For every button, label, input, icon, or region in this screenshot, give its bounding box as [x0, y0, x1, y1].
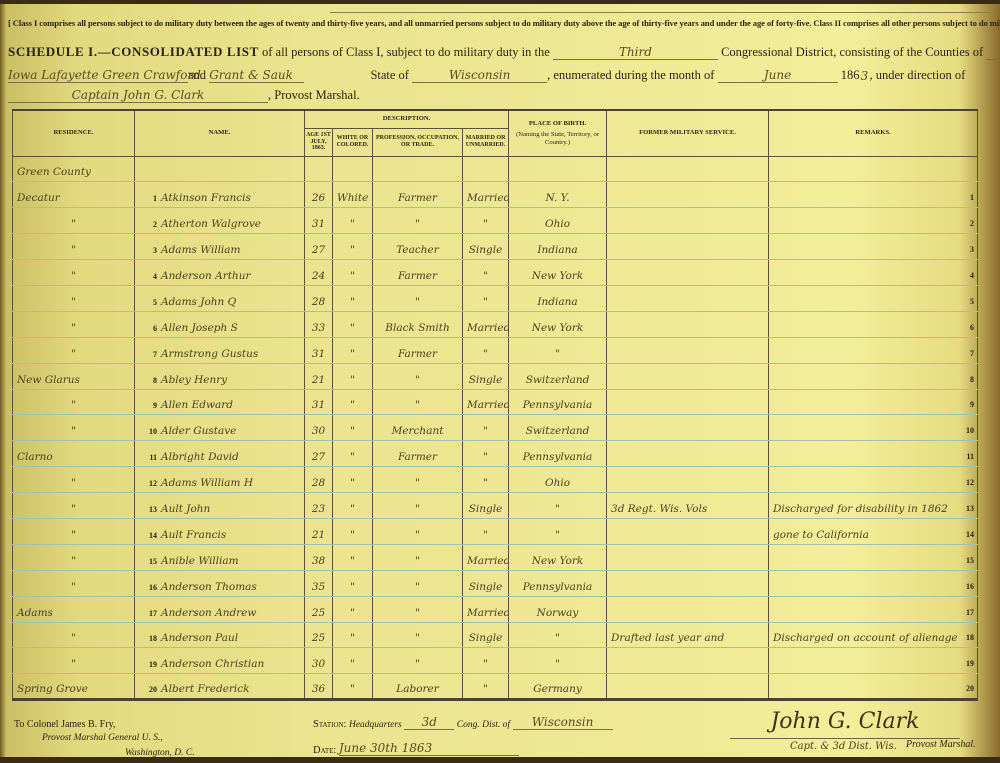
- schedule-header-line-1: SCHEDULE I.—CONSOLIDATED LIST of all per…: [8, 44, 1000, 60]
- military-service-cell: [607, 208, 769, 234]
- residence-cell: ": [13, 622, 135, 648]
- row-number: 1: [139, 194, 157, 203]
- birthplace-cell: Pennsylvania: [509, 389, 607, 415]
- age-cell: 25: [305, 596, 333, 622]
- birthplace-cell: Indiana: [509, 234, 607, 260]
- residence-cell: Adams: [13, 596, 135, 622]
- roster-table: Residence. Name. Description. Place of B…: [12, 109, 978, 701]
- date-field: June 30th 1863: [339, 741, 519, 756]
- residence-cell: Spring Grove: [13, 674, 135, 700]
- residence-cell: ": [13, 570, 135, 596]
- row-number: 7: [139, 350, 157, 359]
- color-cell: ": [333, 234, 373, 260]
- birthplace-cell: Pennsylvania: [509, 570, 607, 596]
- occupation-cell: ": [373, 363, 463, 389]
- table-row: Clarno11Albright David27"Farmer"Pennsylv…: [13, 441, 978, 467]
- residence-cell: ": [13, 285, 135, 311]
- occupation-cell: ": [373, 208, 463, 234]
- birthplace-cell: Switzerland: [509, 415, 607, 441]
- birthplace-cell: Norway: [509, 596, 607, 622]
- residence-cell: ": [13, 493, 135, 519]
- state-field: Wisconsin: [412, 68, 547, 83]
- remarks-text: gone to California: [773, 529, 869, 541]
- table-row: "14Ault Francis21""""gone to California1…: [13, 518, 978, 544]
- remarks-cell: 8: [769, 363, 978, 389]
- person-name: Anderson Andrew: [161, 607, 256, 619]
- signature-title: Capt. & 3d Dist. Wis.: [790, 741, 897, 752]
- name-cell: 3Adams William: [135, 234, 305, 260]
- document-page: [ Class I comprises all persons subject …: [0, 0, 1000, 763]
- birthplace-cell: Ohio: [509, 467, 607, 493]
- remarks-cell: 9: [769, 389, 978, 415]
- military-service-cell: [607, 260, 769, 286]
- person-name: Anderson Christian: [161, 658, 264, 670]
- color-cell: ": [333, 570, 373, 596]
- table-row: "13Ault John23""Single"3d Regt. Wis. Vol…: [13, 493, 978, 519]
- remarks-cell: 12: [769, 467, 978, 493]
- table-row: "7Armstrong Gustus31"Farmer""7: [13, 337, 978, 363]
- military-service-cell: [607, 389, 769, 415]
- line-number: 11: [966, 452, 974, 461]
- birthplace-cell: N. Y.: [509, 182, 607, 208]
- military-service-cell: 3d Regt. Wis. Vols: [607, 493, 769, 519]
- name-cell: 4Anderson Arthur: [135, 260, 305, 286]
- footer: To Colonel James B. Fry, Provost Marshal…: [0, 709, 1000, 761]
- table-row: "19Anderson Christian30""""19: [13, 648, 978, 674]
- occupation-cell: Farmer: [373, 337, 463, 363]
- remarks-cell: 1: [769, 182, 978, 208]
- person-name: Allen Edward: [161, 399, 233, 411]
- header-married: Married or Unmarried.: [463, 128, 509, 156]
- name-cell: 16Anderson Thomas: [135, 570, 305, 596]
- row-number: 6: [139, 324, 157, 333]
- header-remarks: Remarks.: [769, 110, 978, 156]
- name-cell: 2Atherton Walgrove: [135, 208, 305, 234]
- line-number: 4: [970, 271, 974, 280]
- age-cell: 31: [305, 389, 333, 415]
- birthplace-cell: ": [509, 648, 607, 674]
- table-row: "15Anible William38""MarriedNew York15: [13, 544, 978, 570]
- header-birthplace-note: (Naming the State, Territory, or Country…: [510, 131, 605, 146]
- military-service-cell: [607, 234, 769, 260]
- residence-cell: ": [13, 544, 135, 570]
- remarks-cell: 15: [769, 544, 978, 570]
- row-number: 13: [139, 505, 157, 514]
- name-cell: 18Anderson Paul: [135, 622, 305, 648]
- addressee-title: Provost Marshal General U. S.,: [42, 733, 163, 743]
- person-name: Abley Henry: [161, 374, 227, 386]
- occupation-cell: ": [373, 596, 463, 622]
- line-number: 12: [966, 478, 974, 487]
- color-cell: ": [333, 544, 373, 570]
- age-cell: 21: [305, 518, 333, 544]
- color-cell: ": [333, 518, 373, 544]
- class-definition-note: [ Class I comprises all persons subject …: [8, 18, 992, 28]
- line-number: 14: [966, 530, 974, 539]
- person-name: Atkinson Francis: [161, 192, 251, 204]
- marital-status-cell: Single: [463, 363, 509, 389]
- marital-status-cell: Married: [463, 596, 509, 622]
- date-label: Date:: [313, 745, 336, 756]
- remarks-cell: 19: [769, 648, 978, 674]
- marshal-name-field: Captain John G. Clark: [8, 88, 268, 103]
- marital-status-cell: ": [463, 674, 509, 700]
- military-service-cell: [607, 467, 769, 493]
- occupation-cell: Farmer: [373, 260, 463, 286]
- line-number: 17: [966, 608, 974, 617]
- occupation-cell: Merchant: [373, 415, 463, 441]
- military-service-cell: [607, 285, 769, 311]
- person-name: Allen Joseph S: [161, 322, 238, 334]
- row-number: 20: [139, 685, 157, 694]
- month-field: June: [718, 68, 838, 83]
- row-number: 18: [139, 634, 157, 643]
- residence-cell: ": [13, 260, 135, 286]
- birthplace-cell: New York: [509, 260, 607, 286]
- remarks-cell: 20: [769, 674, 978, 700]
- line-number: 7: [970, 349, 974, 358]
- table-row: Spring Grove20Albert Frederick36"Laborer…: [13, 674, 978, 700]
- age-cell: 31: [305, 337, 333, 363]
- residence-cell: ": [13, 648, 135, 674]
- occupation-cell: Teacher: [373, 234, 463, 260]
- marital-status-cell: Married: [463, 311, 509, 337]
- row-number: 3: [139, 246, 157, 255]
- military-service-cell: [607, 363, 769, 389]
- age-cell: 27: [305, 234, 333, 260]
- table-row: "9Allen Edward31""MarriedPennsylvania9: [13, 389, 978, 415]
- row-number: 8: [139, 376, 157, 385]
- occupation-cell: Black Smith: [373, 311, 463, 337]
- occupation-cell: ": [373, 622, 463, 648]
- color-cell: White: [333, 182, 373, 208]
- row-number: 4: [139, 272, 157, 281]
- marital-status-cell: ": [463, 260, 509, 286]
- header-profession: Profession, Occupation, or Trade.: [373, 128, 463, 156]
- line-number: 5: [970, 297, 974, 306]
- marital-status-cell: ": [463, 415, 509, 441]
- color-cell: ": [333, 260, 373, 286]
- person-name: Albright David: [161, 451, 239, 463]
- marital-status-cell: Single: [463, 570, 509, 596]
- residence-cell: Clarno: [13, 441, 135, 467]
- marshal-suffix: , Provost Marshal.: [268, 88, 360, 102]
- line-number: 10: [966, 426, 974, 435]
- birthplace-cell: Switzerland: [509, 363, 607, 389]
- military-service-cell: [607, 596, 769, 622]
- line-number: 13: [966, 504, 974, 513]
- color-cell: ": [333, 441, 373, 467]
- header-white-colored: White or Colored.: [333, 128, 373, 156]
- line-number: 9: [970, 400, 974, 409]
- line-number: 16: [966, 582, 974, 591]
- military-service-cell: [607, 570, 769, 596]
- military-service-cell: [607, 182, 769, 208]
- row-number: 2: [139, 220, 157, 229]
- line-number: 3: [970, 245, 974, 254]
- remarks-text: Discharged for disability in 1862: [773, 503, 948, 515]
- line-number: 2: [970, 219, 974, 228]
- military-service-cell: [607, 544, 769, 570]
- occupation-cell: ": [373, 467, 463, 493]
- name-cell: 7Armstrong Gustus: [135, 337, 305, 363]
- header-age: Age 1st July, 1863.: [305, 128, 333, 156]
- military-service-cell: [607, 337, 769, 363]
- marital-status-cell: Single: [463, 234, 509, 260]
- color-cell: ": [333, 467, 373, 493]
- occupation-cell: ": [373, 648, 463, 674]
- person-name: Anderson Thomas: [161, 581, 257, 593]
- line-number: 18: [966, 633, 974, 642]
- remarks-text: Discharged on account of alienage: [773, 632, 958, 644]
- line-number: 6: [970, 323, 974, 332]
- table-row: "16Anderson Thomas35""SinglePennsylvania…: [13, 570, 978, 596]
- marital-status-cell: ": [463, 648, 509, 674]
- addressee-location: Washington, D. C.: [125, 748, 195, 758]
- line-number: 8: [970, 375, 974, 384]
- name-cell: 12Adams William H: [135, 467, 305, 493]
- remarks-cell: 17: [769, 596, 978, 622]
- row-number: 16: [139, 583, 157, 592]
- person-name: Anderson Paul: [161, 632, 238, 644]
- age-cell: 21: [305, 363, 333, 389]
- header-name: Name.: [135, 110, 305, 156]
- age-cell: 28: [305, 285, 333, 311]
- color-cell: ": [333, 674, 373, 700]
- schedule-title: SCHEDULE I.—CONSOLIDATED LIST: [8, 44, 259, 59]
- occupation-cell: Laborer: [373, 674, 463, 700]
- color-cell: ": [333, 622, 373, 648]
- color-cell: ": [333, 415, 373, 441]
- color-cell: ": [333, 208, 373, 234]
- table-row: Adams17Anderson Andrew25""MarriedNorway1…: [13, 596, 978, 622]
- person-name: Ault John: [161, 503, 210, 515]
- color-cell: ": [333, 648, 373, 674]
- row-number: 17: [139, 609, 157, 618]
- military-service-cell: Drafted last year and: [607, 622, 769, 648]
- signature: John G. Clark: [730, 709, 960, 739]
- title-text-2: Congressional District, consisting of th…: [721, 45, 983, 59]
- age-cell: 30: [305, 415, 333, 441]
- age-cell: 28: [305, 467, 333, 493]
- color-cell: ": [333, 363, 373, 389]
- name-cell: 14Ault Francis: [135, 518, 305, 544]
- occupation-cell: ": [373, 493, 463, 519]
- occupation-cell: Farmer: [373, 441, 463, 467]
- color-cell: ": [333, 285, 373, 311]
- station-state-field: Wisconsin: [513, 715, 613, 730]
- remarks-cell: 5: [769, 285, 978, 311]
- name-cell: 15Anible William: [135, 544, 305, 570]
- age-cell: 27: [305, 441, 333, 467]
- remarks-cell: 2: [769, 208, 978, 234]
- remarks-cell: 10: [769, 415, 978, 441]
- color-cell: ": [333, 311, 373, 337]
- year-prefix: 186: [841, 68, 860, 82]
- person-name: Anible William: [161, 555, 239, 567]
- table-row: New Glarus8Abley Henry21""SingleSwitzerl…: [13, 363, 978, 389]
- birthplace-cell: ": [509, 518, 607, 544]
- year-suffix: 3: [859, 69, 869, 83]
- birthplace-cell: ": [509, 337, 607, 363]
- occupation-cell: ": [373, 389, 463, 415]
- line-number: 20: [966, 684, 974, 693]
- name-cell: 13Ault John: [135, 493, 305, 519]
- remarks-cell: 11: [769, 441, 978, 467]
- row-number: 11: [139, 453, 157, 462]
- person-name: Armstrong Gustus: [161, 348, 258, 360]
- remarks-cell: 16: [769, 570, 978, 596]
- marital-status-cell: ": [463, 441, 509, 467]
- occupation-cell: ": [373, 570, 463, 596]
- header-description: Description.: [305, 110, 509, 128]
- marital-status-cell: ": [463, 208, 509, 234]
- remarks-cell: gone to California14: [769, 518, 978, 544]
- row-number: 15: [139, 557, 157, 566]
- occupation-cell: ": [373, 544, 463, 570]
- residence-cell: Decatur: [13, 182, 135, 208]
- age-cell: 23: [305, 493, 333, 519]
- date-line: Date: June 30th 1863: [313, 741, 519, 756]
- title-text: of all persons of Class I, subject to do…: [262, 45, 550, 59]
- age-cell: 25: [305, 622, 333, 648]
- station-label: Station:: [313, 719, 346, 730]
- row-number: 19: [139, 660, 157, 669]
- addressee: To Colonel James B. Fry,: [14, 719, 115, 730]
- remarks-cell: 4: [769, 260, 978, 286]
- table-row: "10Alder Gustave30"Merchant"Switzerland1…: [13, 415, 978, 441]
- table-row: Decatur1Atkinson Francis26WhiteFarmerMar…: [13, 182, 978, 208]
- station-line: Station: Headquarters 3d Cong. Dist. of …: [313, 715, 613, 730]
- cong-dist-label: Cong. Dist. of: [457, 720, 510, 730]
- military-service-cell: [607, 674, 769, 700]
- row-number: 14: [139, 531, 157, 540]
- table-row: "4Anderson Arthur24"Farmer"New York4: [13, 260, 978, 286]
- name-cell: 17Anderson Andrew: [135, 596, 305, 622]
- age-cell: 33: [305, 311, 333, 337]
- marital-status-cell: Single: [463, 622, 509, 648]
- person-name: Anderson Arthur: [161, 270, 250, 282]
- occupation-cell: Farmer: [373, 182, 463, 208]
- residence-cell: ": [13, 389, 135, 415]
- birthplace-cell: New York: [509, 544, 607, 570]
- marital-status-cell: Single: [463, 493, 509, 519]
- line-number: 15: [966, 556, 974, 565]
- color-cell: ": [333, 493, 373, 519]
- remarks-cell: Discharged for disability in 186213: [769, 493, 978, 519]
- military-service-cell: [607, 441, 769, 467]
- color-cell: ": [333, 389, 373, 415]
- military-service-cell: [607, 518, 769, 544]
- district-number-field: 3d: [404, 715, 454, 730]
- age-cell: 31: [305, 208, 333, 234]
- residence-cell: ": [13, 234, 135, 260]
- row-number: 9: [139, 401, 157, 410]
- residence-cell: New Glarus: [13, 363, 135, 389]
- person-name: Adams John Q: [161, 296, 236, 308]
- age-cell: 38: [305, 544, 333, 570]
- name-cell: 11Albright David: [135, 441, 305, 467]
- row-number: 12: [139, 479, 157, 488]
- color-cell: ": [333, 596, 373, 622]
- age-cell: 30: [305, 648, 333, 674]
- birthplace-cell: Germany: [509, 674, 607, 700]
- name-cell: 6Allen Joseph S: [135, 311, 305, 337]
- remarks-cell: Discharged on account of alienage18: [769, 622, 978, 648]
- table-row: "18Anderson Paul25""Single"Drafted last …: [13, 622, 978, 648]
- residence-cell: ": [13, 337, 135, 363]
- birthplace-cell: New York: [509, 311, 607, 337]
- headquarters-label: Headquarters: [349, 720, 402, 730]
- top-rule: [330, 12, 990, 13]
- line-number: 1: [970, 193, 974, 202]
- counties-field-1: Richland: [986, 45, 1000, 60]
- marital-status-cell: Married: [463, 182, 509, 208]
- table-row: "5Adams John Q28"""Indiana5: [13, 285, 978, 311]
- person-name: Adams William: [161, 244, 241, 256]
- table-row: "6Allen Joseph S33"Black SmithMarriedNew…: [13, 311, 978, 337]
- header-military-service: Former Military Service.: [607, 110, 769, 156]
- name-cell: 9Allen Edward: [135, 389, 305, 415]
- name-cell: 1Atkinson Francis: [135, 182, 305, 208]
- name-cell: 20Albert Frederick: [135, 674, 305, 700]
- district-field: Third: [553, 45, 718, 60]
- residence-cell: ": [13, 208, 135, 234]
- residence-cell: ": [13, 467, 135, 493]
- state-label: State of: [370, 68, 409, 82]
- page-binding-edge: [0, 4, 6, 757]
- table-row: "3Adams William27"TeacherSingleIndiana3: [13, 234, 978, 260]
- military-service-cell: [607, 648, 769, 674]
- residence-cell: ": [13, 415, 135, 441]
- table-row: "12Adams William H28"""Ohio12: [13, 467, 978, 493]
- header-place-of-birth: Place of Birth. (Naming the State, Terri…: [509, 110, 607, 156]
- residence-cell: ": [13, 311, 135, 337]
- age-cell: 36: [305, 674, 333, 700]
- enumerated-label: , enumerated during the month of: [547, 68, 714, 82]
- remarks-cell: 3: [769, 234, 978, 260]
- name-cell: 8Abley Henry: [135, 363, 305, 389]
- marital-status-cell: ": [463, 337, 509, 363]
- age-cell: 26: [305, 182, 333, 208]
- age-cell: 35: [305, 570, 333, 596]
- county-heading: Green County: [13, 156, 135, 182]
- name-cell: 5Adams John Q: [135, 285, 305, 311]
- birthplace-cell: Indiana: [509, 285, 607, 311]
- row-number: 5: [139, 298, 157, 307]
- counties-field-3: Grant & Sauk: [209, 68, 304, 83]
- birthplace-cell: Ohio: [509, 208, 607, 234]
- residence-cell: ": [13, 518, 135, 544]
- person-name: Alder Gustave: [161, 425, 236, 437]
- direction-label: , under direction of: [869, 68, 965, 82]
- header-residence: Residence.: [13, 110, 135, 156]
- marital-status-cell: Married: [463, 544, 509, 570]
- birthplace-cell: ": [509, 622, 607, 648]
- birthplace-cell: Pennsylvania: [509, 441, 607, 467]
- remarks-cell: 6: [769, 311, 978, 337]
- occupation-cell: ": [373, 285, 463, 311]
- marital-status-cell: ": [463, 467, 509, 493]
- schedule-header-line-2: Iowa Lafayette Green Crawfordand Grant &…: [8, 68, 965, 83]
- color-cell: ": [333, 337, 373, 363]
- remarks-cell: 7: [769, 337, 978, 363]
- header-birthplace-title: Place of Birth.: [510, 120, 605, 128]
- person-name: Atherton Walgrove: [161, 218, 261, 230]
- person-name: Albert Frederick: [161, 683, 250, 695]
- row-number: 10: [139, 427, 157, 436]
- provost-marshal-label: Provost Marshal.: [906, 739, 976, 750]
